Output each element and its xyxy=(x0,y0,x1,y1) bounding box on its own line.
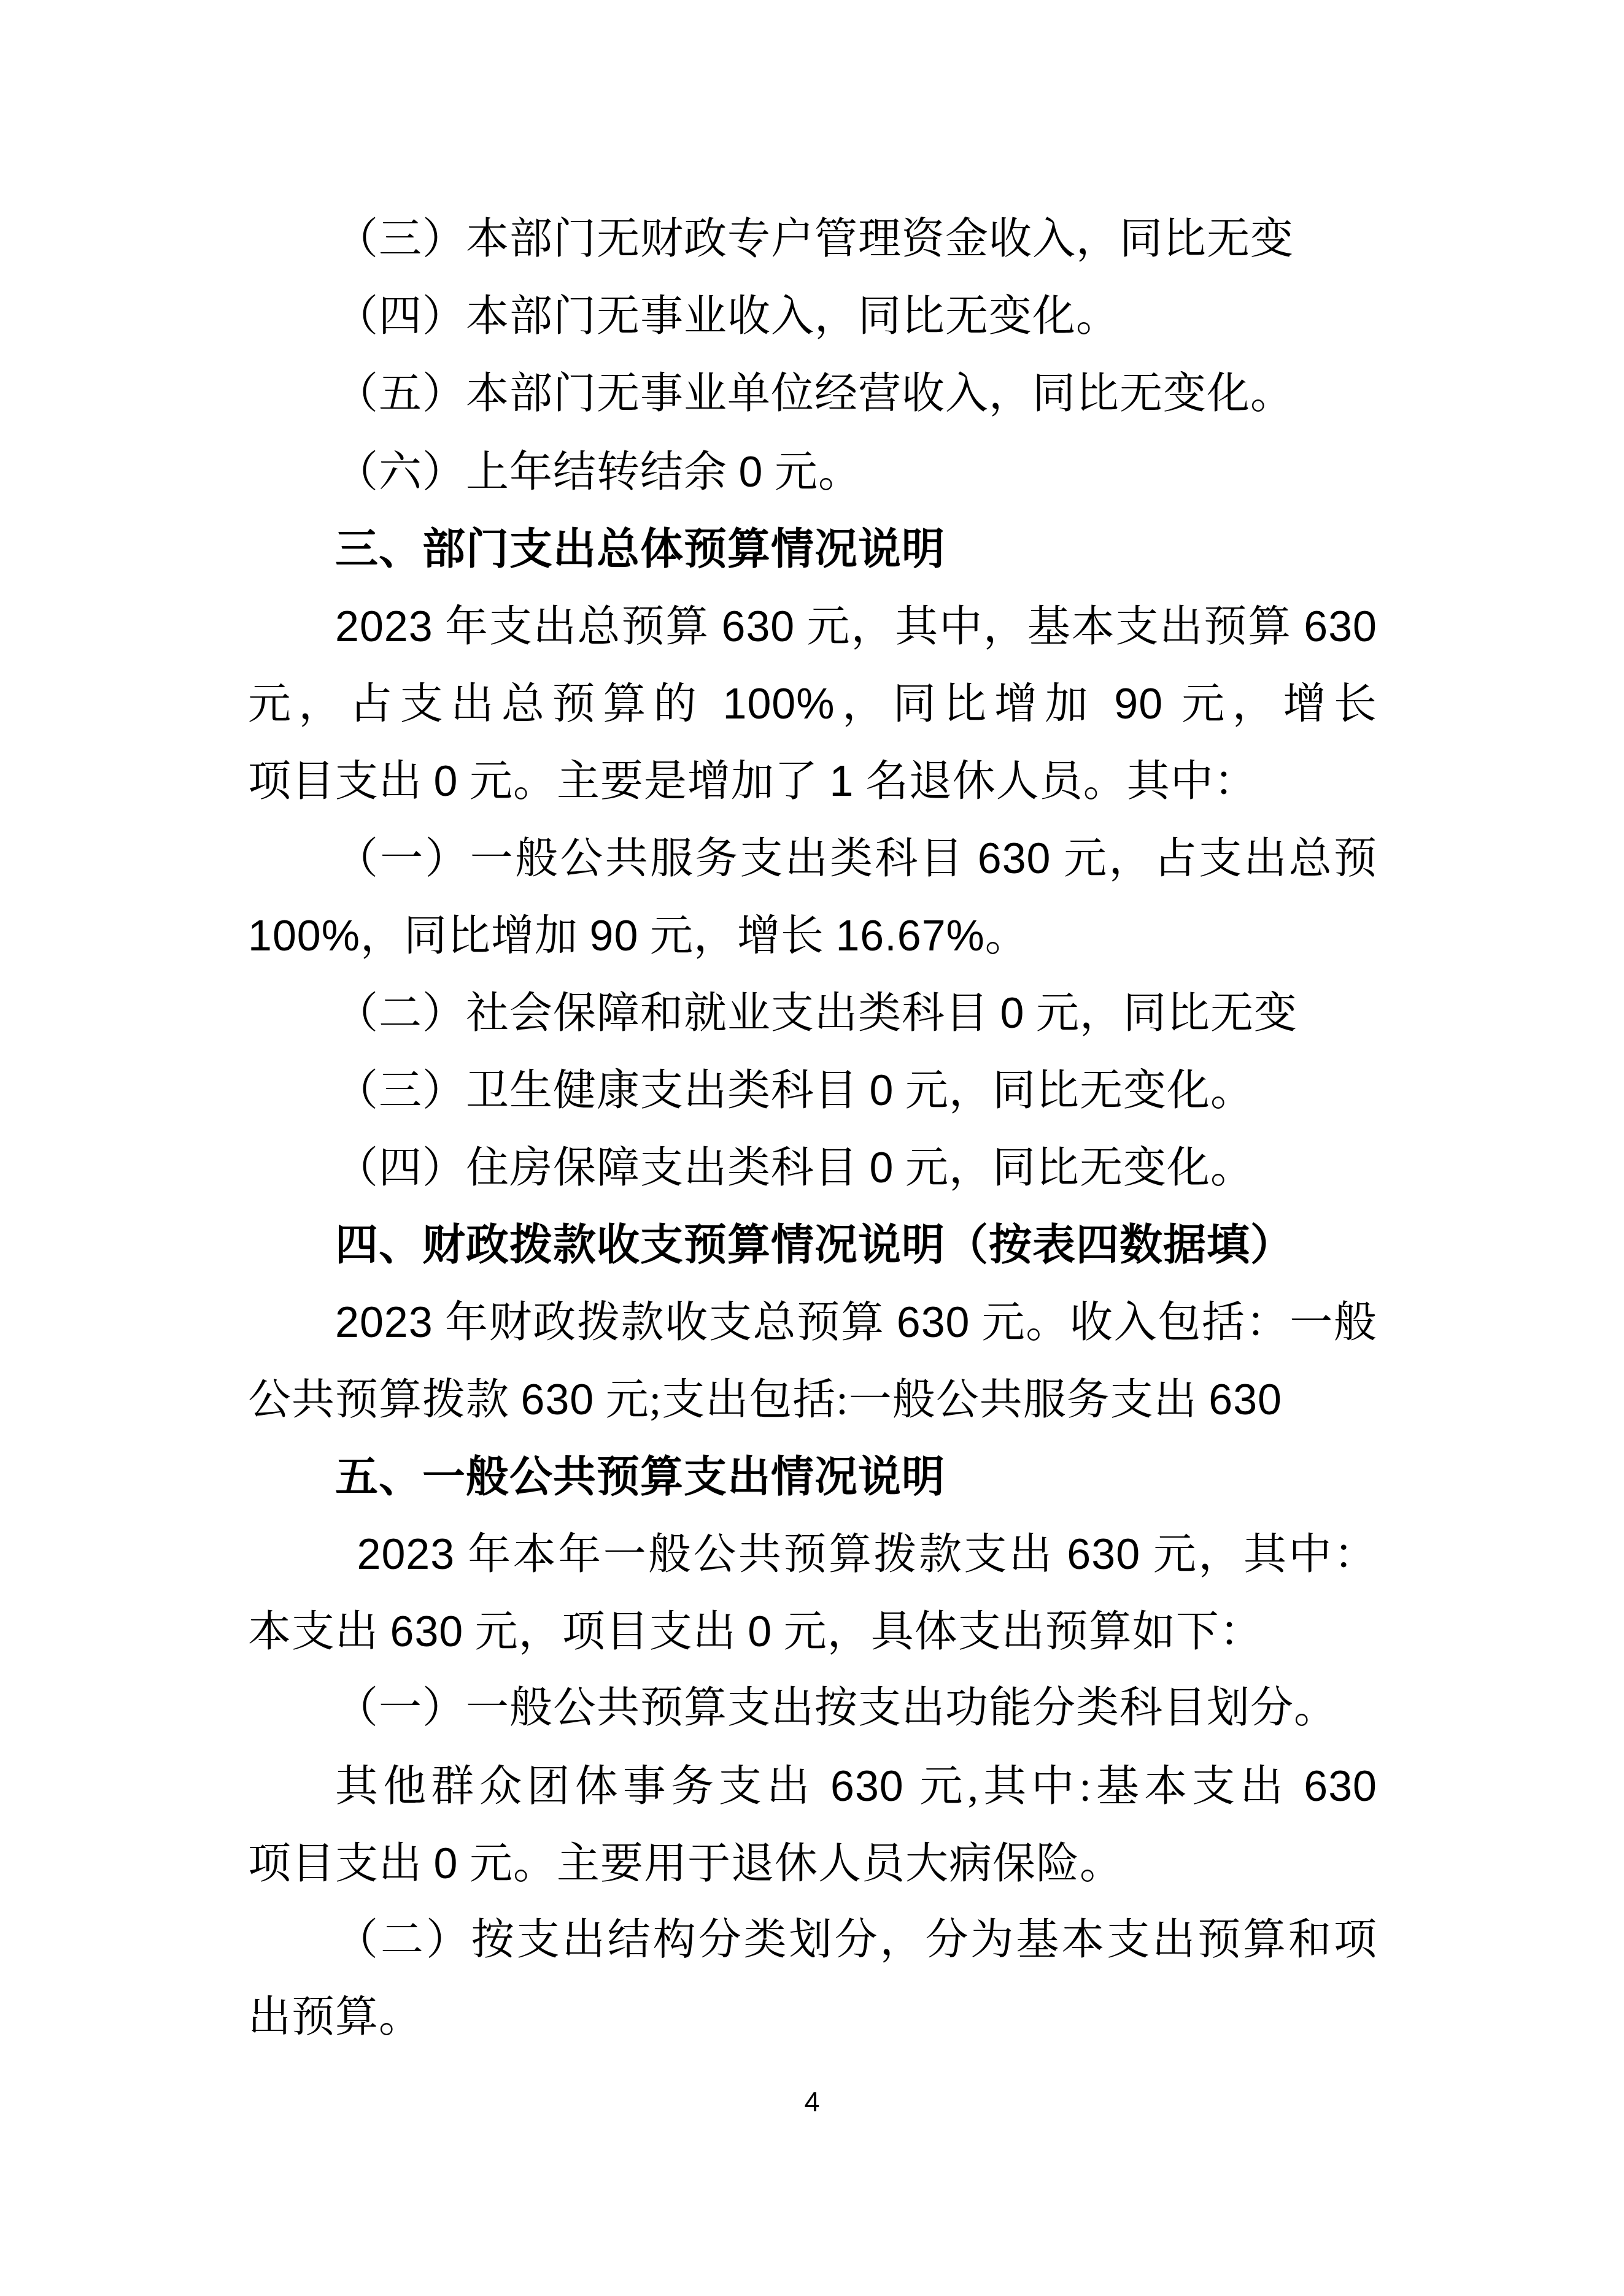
numeric-text: 630 xyxy=(721,603,795,650)
numeric-text: 90 xyxy=(1114,680,1163,728)
text-line: 其他群众团体事务支出 630 元,其中:基本支出 630 元， xyxy=(248,1747,1377,1825)
text-line: （一）一般公共预算支出按支出功能分类科目划分。 xyxy=(248,1670,1377,1747)
numeric-text: 630 xyxy=(1304,1762,1377,1810)
text-line: 元，占支出总预算的 100%，同比增加 90 元，增长 16.67%； xyxy=(248,665,1377,742)
numeric-text: 0 xyxy=(434,1839,458,1887)
text-line: （四）住房保障支出类科目 0 元，同比无变化。 xyxy=(248,1129,1377,1206)
numeric-text: 0 xyxy=(748,1608,772,1655)
text-line: 项目支出 0 元。主要用于退休人员大病保险。 xyxy=(248,1825,1377,1902)
text-line: 本支出 630 元，项目支出 0 元，具体支出预算如下： xyxy=(248,1593,1377,1670)
text-line: （二）按支出结构分类划分，分为基本支出预算和项目支 xyxy=(248,1902,1377,1979)
text-line: （三）卫生健康支出类科目 0 元，同比无变化。 xyxy=(248,1052,1377,1129)
text-line: （二）社会保障和就业支出类科目 0 元，同比无变化。 xyxy=(248,974,1377,1052)
numeric-text: 630 xyxy=(830,1762,904,1810)
numeric-text: 16.67% xyxy=(835,912,984,960)
numeric-text: 100% xyxy=(248,912,360,960)
text-line: 项目支出 0 元。主要是增加了 1 名退休人员。其中： xyxy=(248,742,1377,820)
text-line: （四）本部门无事业收入，同比无变化。 xyxy=(248,279,1377,356)
numeric-text: 90 xyxy=(590,912,639,960)
heading-line: 四、财政拨款收支预算情况说明（按表四数据填） xyxy=(248,1206,1377,1284)
numeric-text: 100% xyxy=(723,680,835,728)
text-line: 2023 年本年一般公共预算拨款支出 630 元，其中： 基 xyxy=(248,1516,1377,1593)
heading-line: 三、部门支出总体预算情况说明 xyxy=(248,510,1377,588)
text-line: 出预算。 xyxy=(248,1979,1377,2057)
numeric-text: 0 xyxy=(870,1066,894,1114)
text-line: （三）本部门无财政专户管理资金收入，同比无变化。 xyxy=(248,201,1377,279)
numeric-text: 0 xyxy=(739,448,764,496)
numeric-text: 630 xyxy=(1067,1530,1140,1578)
numeric-text: 630 xyxy=(978,834,1051,882)
numeric-text: 2023 xyxy=(357,1530,455,1578)
numeric-text: 2023 xyxy=(335,603,433,650)
numeric-text: 0 xyxy=(1000,989,1025,1037)
text-line: 2023 年财政拨款收支总预算 630 元。收入包括：一般 xyxy=(248,1284,1377,1361)
numeric-text: 630 xyxy=(1304,603,1377,650)
numeric-text: 630 xyxy=(897,1298,970,1346)
numeric-text: 0 xyxy=(870,1144,894,1192)
numeric-text: 1 xyxy=(829,757,854,805)
text-line: 100%，同比增加 90 元，增长 16.67%。 xyxy=(248,897,1377,974)
heading-line: 五、一般公共预算支出情况说明 xyxy=(248,1438,1377,1516)
numeric-text: 0 xyxy=(434,757,458,805)
numeric-text: 630 xyxy=(390,1608,464,1655)
text-line: （五）本部门无事业单位经营收入，同比无变化。 xyxy=(248,356,1377,433)
text-line: （六）上年结转结余 0 元。 xyxy=(248,433,1377,510)
numeric-text: 2023 xyxy=(335,1298,433,1346)
numeric-text: 630 xyxy=(521,1376,595,1423)
page-number: 4 xyxy=(0,2085,1624,2119)
document-page: （三）本部门无财政专户管理资金收入，同比无变化。（四）本部门无事业收入，同比无变… xyxy=(0,0,1624,2296)
text-line: 2023 年支出总预算 630 元，其中，基本支出预算 630 xyxy=(248,588,1377,665)
document-body: （三）本部门无财政专户管理资金收入，同比无变化。（四）本部门无事业收入，同比无变… xyxy=(248,201,1377,2057)
text-line: （一）一般公共服务支出类科目 630 元，占支出总预算 xyxy=(248,820,1377,897)
text-line: 公共预算拨款 630 元;支出包括:一般公共服务支出 630 元。 xyxy=(248,1361,1377,1438)
numeric-text: 630 xyxy=(1208,1376,1282,1423)
